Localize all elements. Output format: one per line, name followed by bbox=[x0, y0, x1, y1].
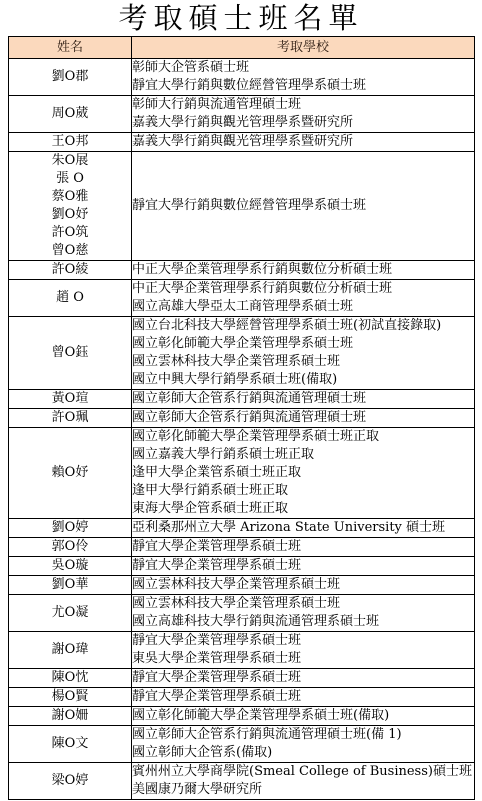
school-line: 國立高雄大學亞太工商管理學系碩士班 bbox=[132, 298, 474, 316]
school-line: 國立彰師大企管系行銷與流通管理碩士班 bbox=[132, 409, 474, 427]
student-name: 蔡O雅 bbox=[9, 188, 131, 206]
school-line: 靜宜大學企業管理學系碩士班 bbox=[132, 688, 474, 706]
school-line: 亞利桑那州立大學 Arizona State University 碩士班 bbox=[132, 519, 474, 537]
table-row: 朱O展張 O蔡O雅劉O妤許O筑曾O慈靜宜大學行銷與數位經營管理學系碩士班 bbox=[9, 152, 475, 261]
student-name: 陳O文 bbox=[9, 735, 131, 753]
school-line: 國立彰化師範大學企業管理學系碩士班正取 bbox=[132, 428, 474, 446]
student-name: 陳O忱 bbox=[9, 669, 131, 687]
table-row: 郭O伶靜宜大學企業管理學系碩士班 bbox=[9, 538, 475, 557]
school-line: 東吳大學企業管理學系碩士班 bbox=[132, 650, 474, 668]
name-cell: 朱O展張 O蔡O雅劉O妤許O筑曾O慈 bbox=[9, 152, 132, 261]
school-cell: 靜宜大學行銷與數位經營管理學系碩士班 bbox=[132, 152, 475, 261]
name-cell: 劉O婷 bbox=[9, 519, 132, 538]
admissions-table-head: 姓名 考取學校 bbox=[9, 37, 475, 59]
school-cell: 國立雲林科技大學企業管理系碩士班 bbox=[132, 576, 475, 595]
school-line: 彰師大行銷與流通管理碩士班 bbox=[132, 96, 474, 114]
student-name: 王O邦 bbox=[9, 133, 131, 151]
school-line: 靜宜大學行銷與數位經營管理學系碩士班 bbox=[132, 197, 474, 215]
table-row: 劉O華國立雲林科技大學企業管理系碩士班 bbox=[9, 576, 475, 595]
school-cell: 亞利桑那州立大學 Arizona State University 碩士班 bbox=[132, 519, 475, 538]
school-cell: 彰師大行銷與流通管理碩士班嘉義大學行銷與觀光管理學系暨研究所 bbox=[132, 96, 475, 133]
page-title: 考取碩士班名單 bbox=[0, 0, 482, 34]
school-cell: 國立雲林科技大學企業管理系碩士班國立高雄科技大學行銷與流通管理系碩士班 bbox=[132, 595, 475, 632]
table-row: 許O珮國立彰師大企管系行銷與流通管理碩士班 bbox=[9, 409, 475, 428]
table-row: 許O綾中正大學企業管理學系行銷與數位分析碩士班 bbox=[9, 261, 475, 280]
name-cell: 曾O鈺 bbox=[9, 317, 132, 390]
school-line: 國立彰師大企管系行銷與流通管理碩士班(備 1) bbox=[132, 726, 474, 744]
name-cell: 郭O伶 bbox=[9, 538, 132, 557]
name-cell: 謝O瑋 bbox=[9, 632, 132, 669]
student-name: 吳O璇 bbox=[9, 557, 131, 575]
school-cell: 靜宜大學企業管理學系碩士班 bbox=[132, 538, 475, 557]
table-row: 黃O瑄國立彰師大企管系行銷與流通管理碩士班 bbox=[9, 390, 475, 409]
school-line: 靜宜大學企業管理學系碩士班 bbox=[132, 538, 474, 556]
name-cell: 吳O璇 bbox=[9, 557, 132, 576]
table-row: 梁O婷賓州州立大學商學院(Smeal College of Business)碩… bbox=[9, 763, 475, 800]
school-line: 國立彰師大企管系行銷與流通管理碩士班 bbox=[132, 390, 474, 408]
school-cell: 靜宜大學企業管理學系碩士班東吳大學企業管理學系碩士班 bbox=[132, 632, 475, 669]
school-line: 逢甲大學企業管系碩士班正取 bbox=[132, 464, 474, 482]
school-line: 國立彰化師範大學企業管理學系碩士班(備取) bbox=[132, 707, 474, 725]
name-cell: 陳O忱 bbox=[9, 669, 132, 688]
name-cell: 謝O姍 bbox=[9, 707, 132, 726]
school-line: 東海大學企管系碩士班正取 bbox=[132, 500, 474, 518]
page: 考取碩士班名單 姓名 考取學校 劉O郡彰師大企管系碩士班靜宜大學行銷與數位經營管… bbox=[0, 0, 482, 800]
student-name: 楊O賢 bbox=[9, 688, 131, 706]
school-cell: 賓州州立大學商學院(Smeal College of Business)碩士班美… bbox=[132, 763, 475, 800]
name-cell: 賴O妤 bbox=[9, 428, 132, 519]
school-line: 國立中興大學行銷學系碩士班(備取) bbox=[132, 371, 474, 389]
student-name: 許O綾 bbox=[9, 261, 131, 279]
school-line: 國立雲林科技大學企業管理系碩士班 bbox=[132, 353, 474, 371]
school-line: 中正大學企業管理學系行銷與數位分析碩士班 bbox=[132, 261, 474, 279]
name-cell: 許O珮 bbox=[9, 409, 132, 428]
school-line: 國立彰師大企管系(備取) bbox=[132, 744, 474, 762]
student-name: 許O筑 bbox=[9, 224, 131, 242]
student-name: 賴O妤 bbox=[9, 464, 131, 482]
school-line: 中正大學企業管理學系行銷與數位分析碩士班 bbox=[132, 280, 474, 298]
student-name: 曾O鈺 bbox=[9, 344, 131, 362]
student-name: 劉O郡 bbox=[9, 68, 131, 86]
school-line: 靜宜大學企業管理學系碩士班 bbox=[132, 669, 474, 687]
student-name: 朱O展 bbox=[9, 152, 131, 170]
name-cell: 梁O婷 bbox=[9, 763, 132, 800]
name-cell: 尤O凝 bbox=[9, 595, 132, 632]
school-cell: 靜宜大學企業管理學系碩士班 bbox=[132, 669, 475, 688]
student-name: 劉O妤 bbox=[9, 206, 131, 224]
school-line: 靜宜大學企業管理學系碩士班 bbox=[132, 632, 474, 650]
school-line: 國立彰化師範大學企業管理學系碩士班 bbox=[132, 335, 474, 353]
name-cell: 劉O華 bbox=[9, 576, 132, 595]
student-name: 張 O bbox=[9, 170, 131, 188]
admissions-table: 姓名 考取學校 劉O郡彰師大企管系碩士班靜宜大學行銷與數位經營管理學系碩士班周O… bbox=[8, 36, 475, 800]
name-cell: 陳O文 bbox=[9, 726, 132, 763]
student-name: 郭O伶 bbox=[9, 538, 131, 556]
school-cell: 中正大學企業管理學系行銷與數位分析碩士班國立高雄大學亞太工商管理學系碩士班 bbox=[132, 280, 475, 317]
school-line: 嘉義大學行銷與觀光管理學系暨研究所 bbox=[132, 114, 474, 132]
header-cell-name: 姓名 bbox=[9, 37, 132, 59]
student-name: 尤O凝 bbox=[9, 604, 131, 622]
school-line: 靜宜大學行銷與數位經營管理學系碩士班 bbox=[132, 77, 474, 95]
school-cell: 國立彰化師範大學企業管理學系碩士班正取國立嘉義大學行銷系碩士班正取逢甲大學企業管… bbox=[132, 428, 475, 519]
school-cell: 彰師大企管系碩士班靜宜大學行銷與數位經營管理學系碩士班 bbox=[132, 59, 475, 96]
student-name: 謝O瑋 bbox=[9, 641, 131, 659]
name-cell: 劉O郡 bbox=[9, 59, 132, 96]
name-cell: 楊O賢 bbox=[9, 688, 132, 707]
table-row: 曾O鈺國立台北科技大學經營管理學系碩士班(初試直接錄取)國立彰化師範大學企業管理… bbox=[9, 317, 475, 390]
school-line: 國立嘉義大學行銷系碩士班正取 bbox=[132, 446, 474, 464]
student-name: 趙 O bbox=[9, 289, 131, 307]
school-cell: 國立彰師大企管系行銷與流通管理碩士班 bbox=[132, 390, 475, 409]
table-row: 楊O賢靜宜大學企業管理學系碩士班 bbox=[9, 688, 475, 707]
table-row: 趙 O中正大學企業管理學系行銷與數位分析碩士班國立高雄大學亞太工商管理學系碩士班 bbox=[9, 280, 475, 317]
school-line: 靜宜大學企業管理學系碩士班 bbox=[132, 557, 474, 575]
school-line: 賓州州立大學商學院(Smeal College of Business)碩士班 bbox=[132, 763, 474, 781]
school-cell: 國立彰師大企管系行銷與流通管理碩士班(備 1)國立彰師大企管系(備取) bbox=[132, 726, 475, 763]
school-line: 國立台北科技大學經營管理學系碩士班(初試直接錄取) bbox=[132, 317, 474, 335]
name-cell: 王O邦 bbox=[9, 133, 132, 152]
table-row: 尤O凝國立雲林科技大學企業管理系碩士班國立高雄科技大學行銷與流通管理系碩士班 bbox=[9, 595, 475, 632]
student-name: 劉O華 bbox=[9, 576, 131, 594]
student-name: 劉O婷 bbox=[9, 519, 131, 537]
header-cell-school: 考取學校 bbox=[132, 37, 475, 59]
name-cell: 周O葳 bbox=[9, 96, 132, 133]
school-line: 嘉義大學行銷與觀光管理學系暨研究所 bbox=[132, 133, 474, 151]
student-name: 許O珮 bbox=[9, 409, 131, 427]
student-name: 曾O慈 bbox=[9, 242, 131, 260]
school-cell: 靜宜大學企業管理學系碩士班 bbox=[132, 688, 475, 707]
table-row: 劉O婷亞利桑那州立大學 Arizona State University 碩士班 bbox=[9, 519, 475, 538]
school-line: 國立高雄科技大學行銷與流通管理系碩士班 bbox=[132, 613, 474, 631]
table-row: 吳O璇靜宜大學企業管理學系碩士班 bbox=[9, 557, 475, 576]
student-name: 黃O瑄 bbox=[9, 390, 131, 408]
student-name: 謝O姍 bbox=[9, 707, 131, 725]
table-row: 周O葳彰師大行銷與流通管理碩士班嘉義大學行銷與觀光管理學系暨研究所 bbox=[9, 96, 475, 133]
school-cell: 嘉義大學行銷與觀光管理學系暨研究所 bbox=[132, 133, 475, 152]
table-row: 謝O瑋靜宜大學企業管理學系碩士班東吳大學企業管理學系碩士班 bbox=[9, 632, 475, 669]
school-cell: 國立台北科技大學經營管理學系碩士班(初試直接錄取)國立彰化師範大學企業管理學系碩… bbox=[132, 317, 475, 390]
table-row: 劉O郡彰師大企管系碩士班靜宜大學行銷與數位經營管理學系碩士班 bbox=[9, 59, 475, 96]
school-line: 國立雲林科技大學企業管理系碩士班 bbox=[132, 576, 474, 594]
table-row: 賴O妤國立彰化師範大學企業管理學系碩士班正取國立嘉義大學行銷系碩士班正取逢甲大學… bbox=[9, 428, 475, 519]
student-name: 梁O婷 bbox=[9, 772, 131, 790]
student-name: 周O葳 bbox=[9, 105, 131, 123]
name-cell: 許O綾 bbox=[9, 261, 132, 280]
header-row: 姓名 考取學校 bbox=[9, 37, 475, 59]
school-line: 美國康乃爾大學研究所 bbox=[132, 781, 474, 799]
name-cell: 趙 O bbox=[9, 280, 132, 317]
school-cell: 國立彰師大企管系行銷與流通管理碩士班 bbox=[132, 409, 475, 428]
school-cell: 國立彰化師範大學企業管理學系碩士班(備取) bbox=[132, 707, 475, 726]
school-line: 彰師大企管系碩士班 bbox=[132, 59, 474, 77]
school-line: 國立雲林科技大學企業管理系碩士班 bbox=[132, 595, 474, 613]
table-row: 謝O姍國立彰化師範大學企業管理學系碩士班(備取) bbox=[9, 707, 475, 726]
admissions-table-body: 劉O郡彰師大企管系碩士班靜宜大學行銷與數位經營管理學系碩士班周O葳彰師大行銷與流… bbox=[9, 59, 475, 800]
school-cell: 靜宜大學企業管理學系碩士班 bbox=[132, 557, 475, 576]
table-row: 陳O忱靜宜大學企業管理學系碩士班 bbox=[9, 669, 475, 688]
school-line: 逢甲大學行銷系碩士班正取 bbox=[132, 482, 474, 500]
school-cell: 中正大學企業管理學系行銷與數位分析碩士班 bbox=[132, 261, 475, 280]
name-cell: 黃O瑄 bbox=[9, 390, 132, 409]
table-row: 王O邦嘉義大學行銷與觀光管理學系暨研究所 bbox=[9, 133, 475, 152]
table-row: 陳O文國立彰師大企管系行銷與流通管理碩士班(備 1)國立彰師大企管系(備取) bbox=[9, 726, 475, 763]
